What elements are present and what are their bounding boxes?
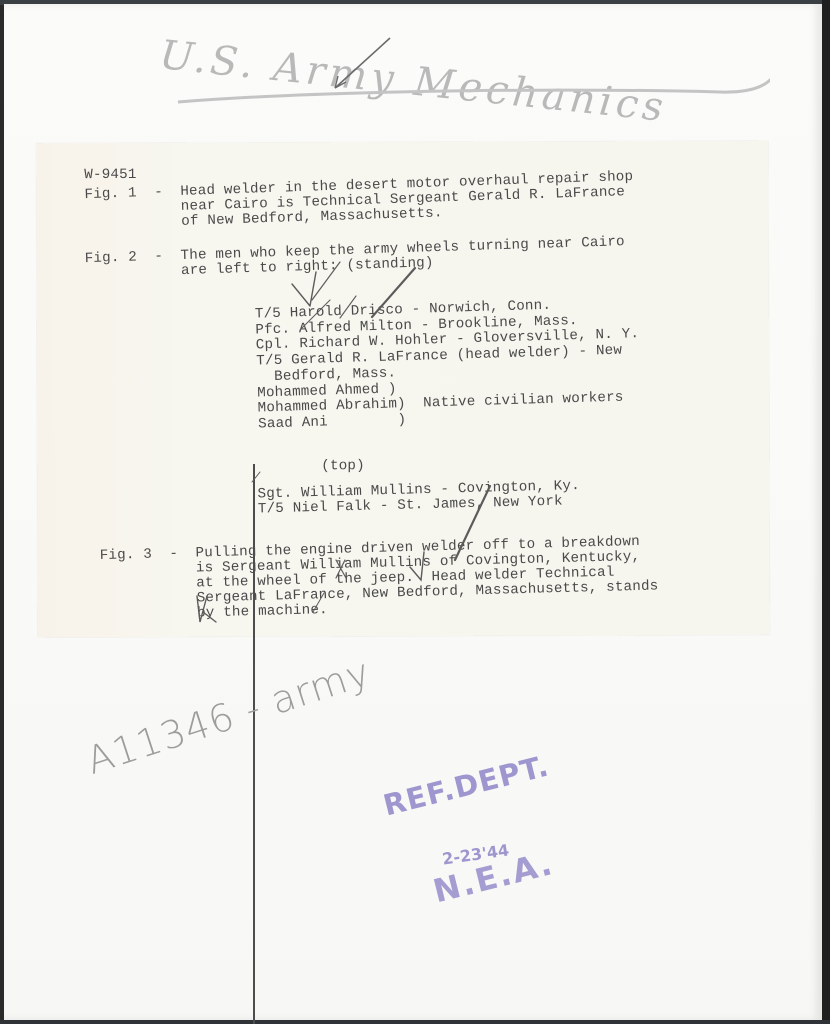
standing-item: Saad Ani ) — [258, 412, 407, 432]
scan-border-right — [822, 0, 830, 1024]
figure-3-line-5: by the machine. — [197, 602, 328, 621]
figure-3-dash: - — [169, 546, 178, 562]
header-underline-icon — [150, 14, 770, 114]
figure-1-dash: - — [154, 185, 163, 201]
handwritten-header: U.S. Army Mechanics — [150, 14, 770, 114]
standing-list: T/5 Harold Drisco - Norwich, Conn. Pfc. … — [255, 296, 642, 433]
figure-2-label: Fig. 2 — [84, 249, 137, 267]
reference-code: W-9451 — [84, 168, 136, 183]
top-row-list: Sgt. William Mullins - Covington, Ky. T/… — [257, 479, 580, 517]
figure-1-label: Fig. 1 — [84, 185, 137, 203]
reference-department-stamp: REF.DEPT. 2-23'44 N.E.A. — [370, 765, 590, 935]
figure-2-dash: - — [154, 249, 163, 265]
crop-mark-line — [253, 464, 255, 1024]
scan-border-bottom — [0, 1020, 830, 1024]
figure-2-caption: Fig. 2 - The men who keep the army wheel… — [85, 235, 626, 282]
caption-slip: W-9451 Fig. 1 - Head welder in the deser… — [36, 141, 770, 638]
figure-1-caption: Fig. 1 - Head welder in the desert motor… — [84, 170, 634, 233]
figure-3-label: Fig. 3 — [100, 547, 153, 564]
top-row-label: (top) — [321, 459, 365, 474]
figure-3-caption: Fig. 3 - Pulling the engine driven welde… — [100, 534, 659, 624]
